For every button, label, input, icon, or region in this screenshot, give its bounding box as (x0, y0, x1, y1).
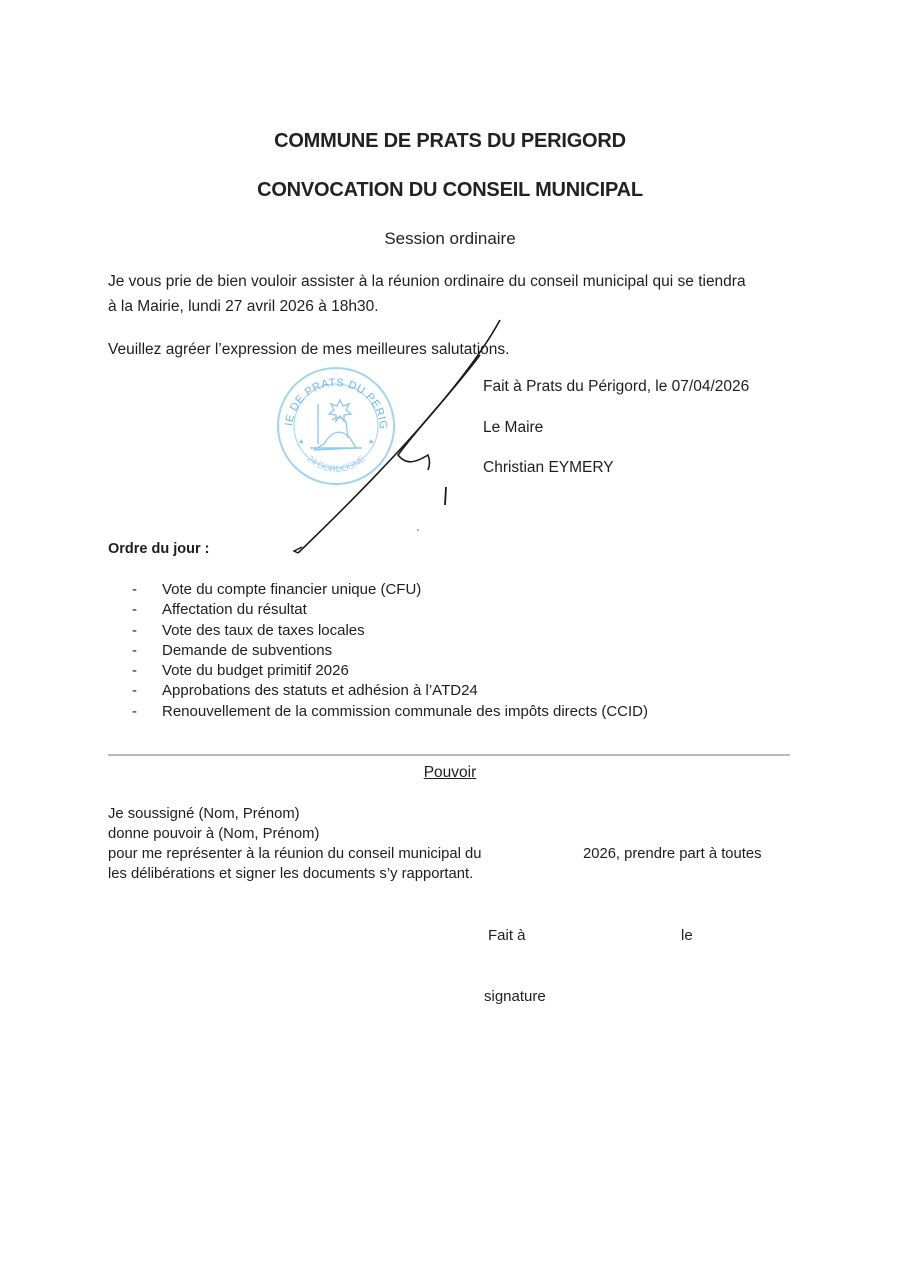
section-divider (108, 754, 790, 756)
signature-name: Christian EYMERY (483, 459, 614, 477)
proxy-line-3-left: pour me représenter à la réunion du cons… (108, 846, 481, 862)
invitation-paragraph: Je vous prie de bien vouloir assister à … (108, 269, 808, 319)
agenda-title: Ordre du jour : (108, 541, 210, 557)
proxy-line-3-right: 2026, prendre part à toutes (583, 846, 762, 862)
signature-place-date: Fait à Prats du Périgord, le 07/04/2026 (483, 378, 749, 396)
agenda-item-text: Vote du compte financier unique (CFU) (162, 580, 421, 600)
proxy-signature-label: signature (484, 988, 546, 1005)
bullet: - (132, 661, 162, 681)
agenda-item: -Vote des taux de taxes locales (132, 621, 648, 641)
bullet: - (132, 600, 162, 620)
proxy-place-label: Fait à (488, 927, 526, 944)
bullet: - (132, 580, 162, 600)
agenda-item-text: Renouvellement de la commission communal… (162, 702, 648, 722)
proxy-title: Pouvoir (0, 764, 900, 782)
bullet: - (132, 621, 162, 641)
agenda-item: -Demande de subventions (132, 641, 648, 661)
invitation-line-1: Je vous prie de bien vouloir assister à … (108, 269, 808, 294)
agenda-item-text: Approbations des statuts et adhésion à l… (162, 681, 478, 701)
agenda-item-text: Demande de subventions (162, 641, 332, 661)
agenda-item: -Vote du budget primitif 2026 (132, 661, 648, 681)
session-type: Session ordinaire (0, 229, 900, 249)
bullet: - (132, 702, 162, 722)
agenda-item: -Affectation du résultat (132, 600, 648, 620)
agenda-item-text: Vote des taux de taxes locales (162, 621, 365, 641)
bullet: - (132, 681, 162, 701)
commune-heading: COMMUNE DE PRATS DU PERIGORD (0, 130, 900, 153)
proxy-date-label: le (681, 927, 693, 944)
agenda-item: -Renouvellement de la commission communa… (132, 702, 648, 722)
agenda-list: -Vote du compte financier unique (CFU) -… (132, 580, 648, 722)
proxy-line-2: donne pouvoir à (Nom, Prénom) (108, 826, 319, 842)
agenda-item: -Approbations des statuts et adhésion à … (132, 681, 648, 701)
document-title: CONVOCATION DU CONSEIL MUNICIPAL (0, 179, 900, 202)
agenda-item-text: Vote du budget primitif 2026 (162, 661, 349, 681)
agenda-item-text: Affectation du résultat (162, 600, 307, 620)
proxy-line-4: les délibérations et signer les document… (108, 866, 473, 882)
signature-role: Le Maire (483, 419, 543, 437)
agenda-item: -Vote du compte financier unique (CFU) (132, 580, 648, 600)
proxy-line-1: Je soussigné (Nom, Prénom) (108, 806, 300, 822)
bullet: - (132, 641, 162, 661)
mayor-signature-icon (280, 315, 520, 560)
